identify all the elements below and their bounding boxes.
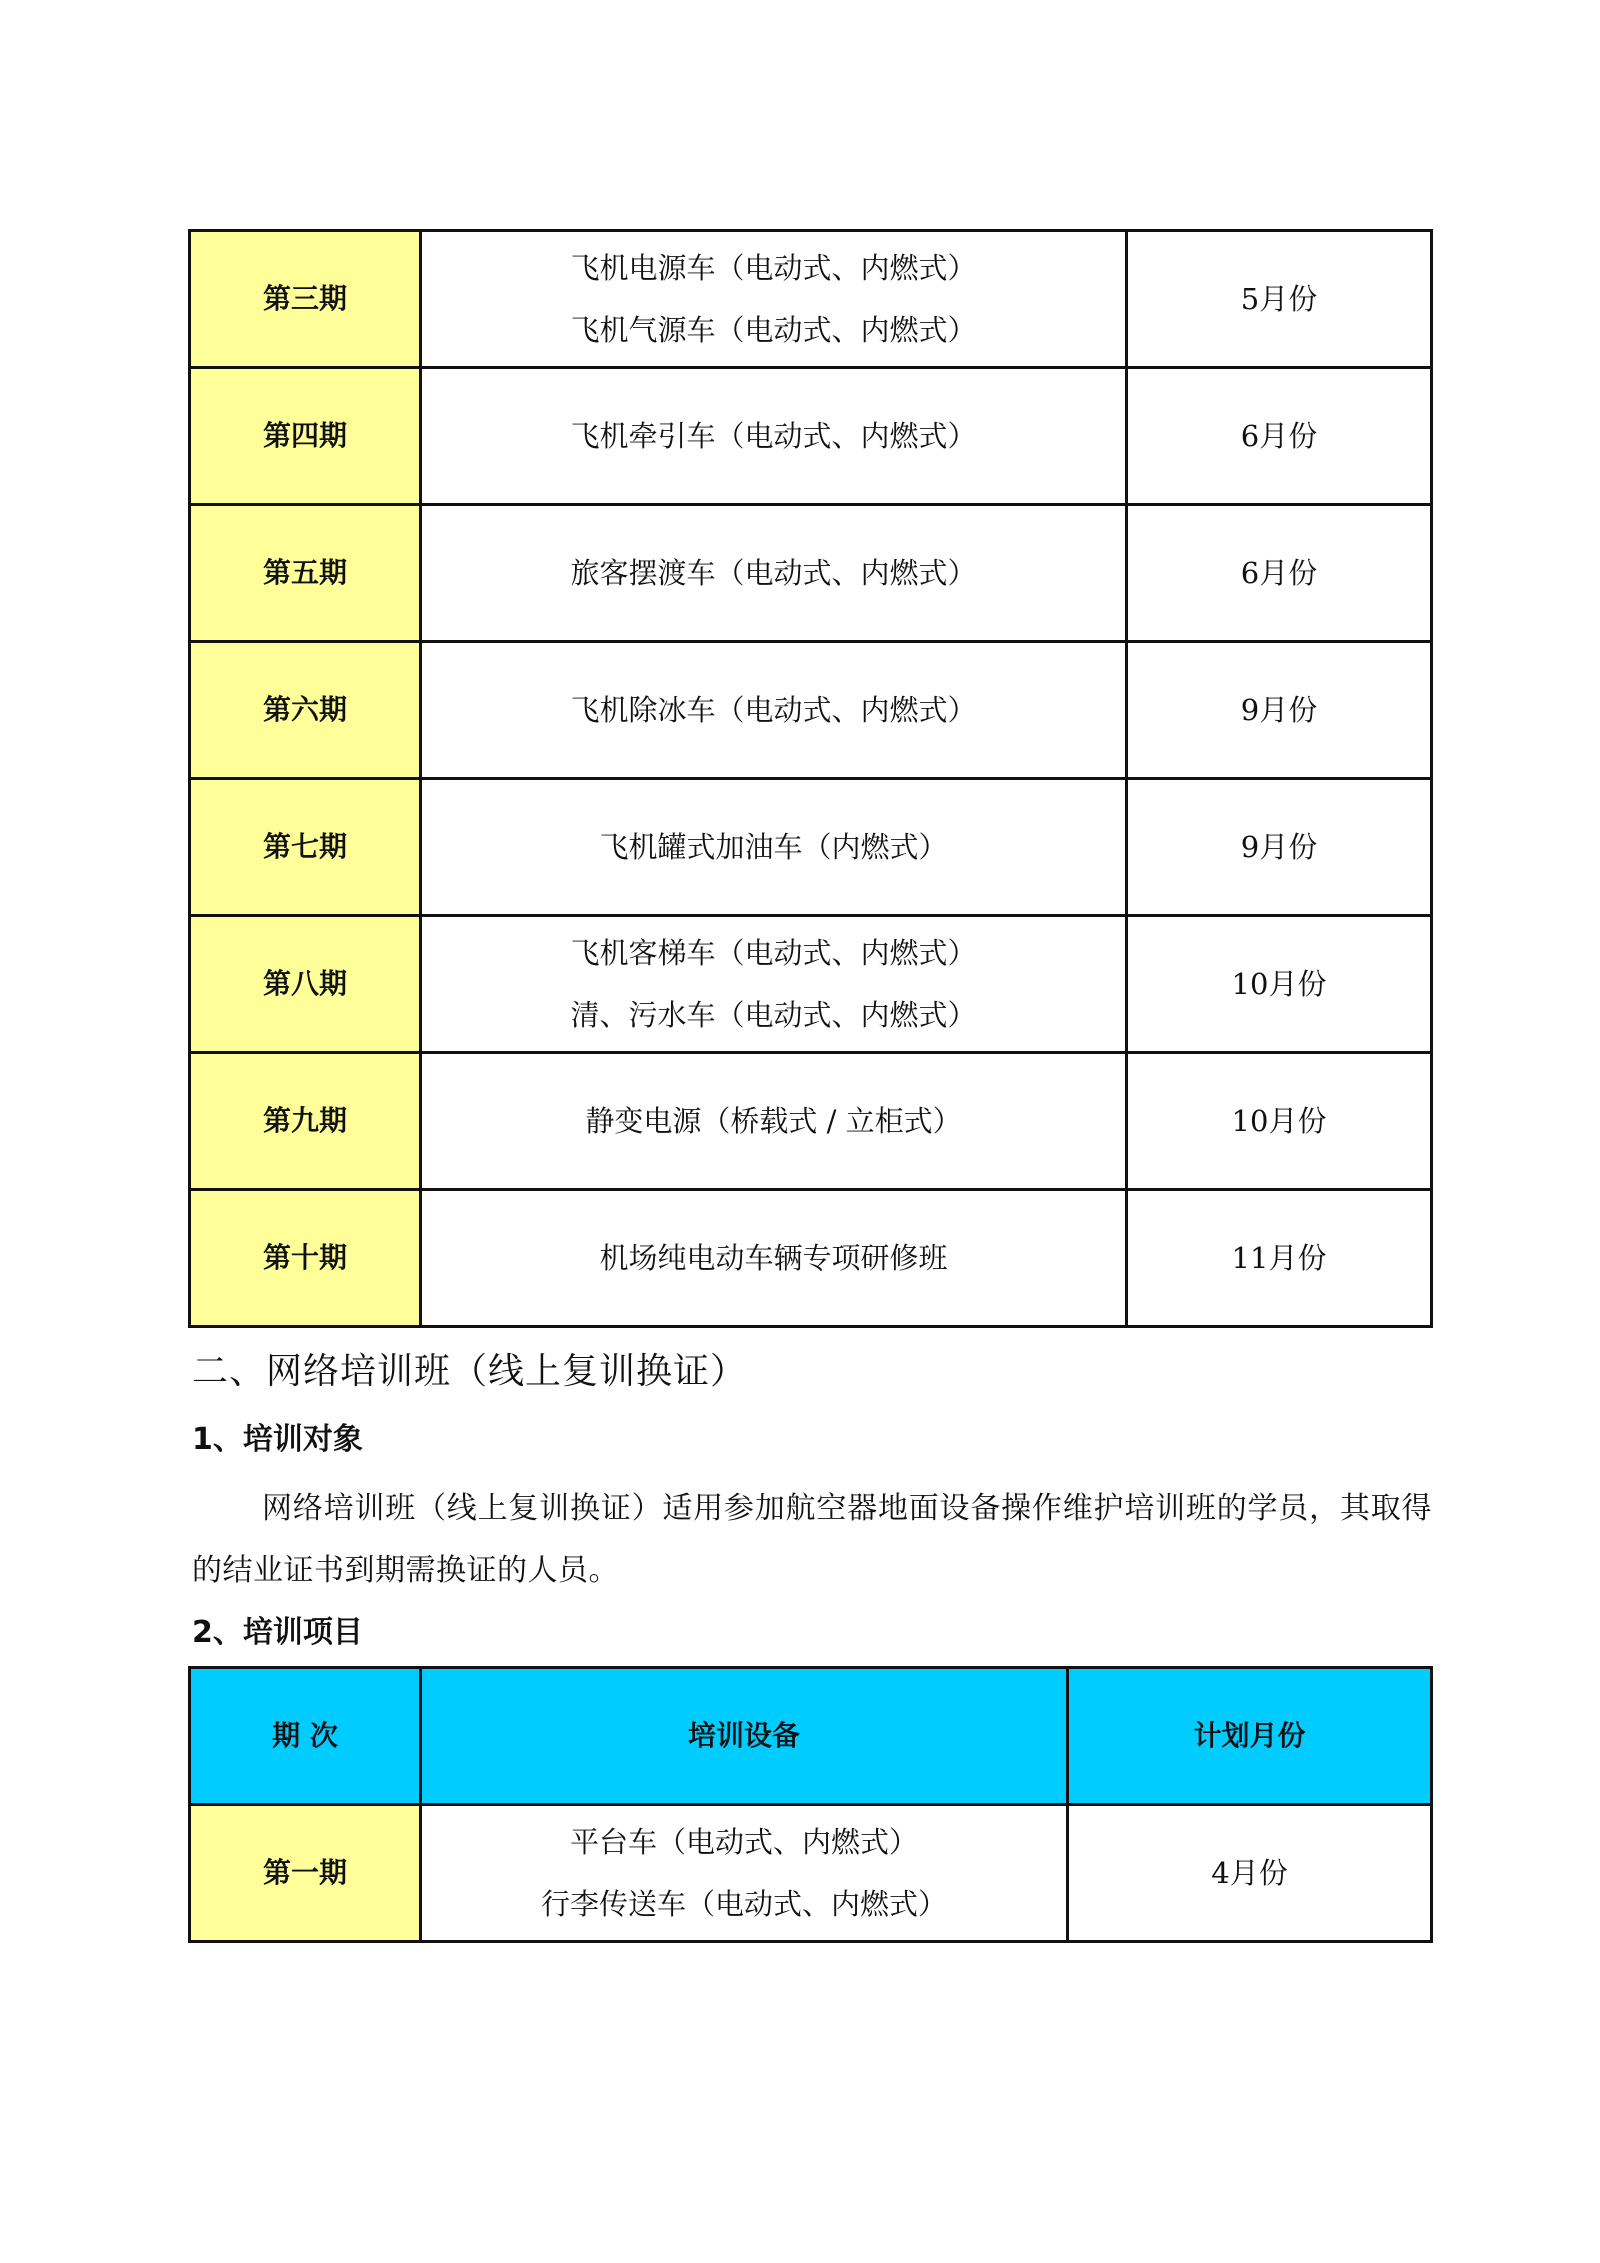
equipment-cell: 飞机牵引车（电动式、内燃式） (421, 368, 1127, 505)
table-row: 第九期 静变电源（桥载式 / 立柜式） 10月份 (190, 1053, 1432, 1190)
month-cell: 10月份 (1127, 1053, 1432, 1190)
period-cell: 第一期 (190, 1805, 421, 1942)
equipment-cell: 飞机罐式加油车（内燃式） (421, 779, 1127, 916)
month-cell: 6月份 (1127, 505, 1432, 642)
equipment-line: 平台车（电动式、内燃式） (422, 1811, 1066, 1873)
table-row: 第六期 飞机除冰车（电动式、内燃式） 9月份 (190, 642, 1432, 779)
equipment-line: 飞机牵引车（电动式、内燃式） (422, 405, 1125, 467)
period-cell: 第四期 (190, 368, 421, 505)
table-row: 第五期 旅客摆渡车（电动式、内燃式） 6月份 (190, 505, 1432, 642)
period-cell: 第十期 (190, 1190, 421, 1327)
header-month: 计划月份 (1068, 1668, 1432, 1805)
equipment-cell: 平台车（电动式、内燃式） 行李传送车（电动式、内燃式） (421, 1805, 1068, 1942)
equipment-line: 飞机电源车（电动式、内燃式） (422, 237, 1125, 299)
month-cell: 9月份 (1127, 779, 1432, 916)
table-row: 第四期 飞机牵引车（电动式、内燃式） 6月份 (190, 368, 1432, 505)
table-row: 第八期 飞机客梯车（电动式、内燃式） 清、污水车（电动式、内燃式） 10月份 (190, 916, 1432, 1053)
header-equipment: 培训设备 (421, 1668, 1068, 1805)
table-row: 第三期 飞机电源车（电动式、内燃式） 飞机气源车（电动式、内燃式） 5月份 (190, 231, 1432, 368)
period-cell: 第八期 (190, 916, 421, 1053)
equipment-cell: 机场纯电动车辆专项研修班 (421, 1190, 1127, 1327)
subheading-training-items: 2、培训项目 (192, 1613, 363, 1653)
month-cell: 10月份 (1127, 916, 1432, 1053)
month-cell: 6月份 (1127, 368, 1432, 505)
table-row: 第一期 平台车（电动式、内燃式） 行李传送车（电动式、内燃式） 4月份 (190, 1805, 1432, 1942)
equipment-cell: 飞机电源车（电动式、内燃式） 飞机气源车（电动式、内燃式） (421, 231, 1127, 368)
training-schedule-table-1: 第三期 飞机电源车（电动式、内燃式） 飞机气源车（电动式、内燃式） 5月份 第四… (188, 229, 1433, 1328)
month-cell: 9月份 (1127, 642, 1432, 779)
table-header-row: 期 次 培训设备 计划月份 (190, 1668, 1432, 1805)
equipment-cell: 飞机客梯车（电动式、内燃式） 清、污水车（电动式、内燃式） (421, 916, 1127, 1053)
month-cell: 4月份 (1068, 1805, 1432, 1942)
equipment-cell: 静变电源（桥载式 / 立柜式） (421, 1053, 1127, 1190)
equipment-line: 清、污水车（电动式、内燃式） (422, 984, 1125, 1046)
period-cell: 第三期 (190, 231, 421, 368)
training-schedule-table-2: 期 次 培训设备 计划月份 第一期 平台车（电动式、内燃式） 行李传送车（电动式… (188, 1666, 1433, 1943)
equipment-line: 飞机客梯车（电动式、内燃式） (422, 922, 1125, 984)
month-cell: 11月份 (1127, 1190, 1432, 1327)
equipment-line: 静变电源（桥载式 / 立柜式） (422, 1090, 1125, 1152)
header-period: 期 次 (190, 1668, 421, 1805)
table-row: 第七期 飞机罐式加油车（内燃式） 9月份 (190, 779, 1432, 916)
table-row: 第十期 机场纯电动车辆专项研修班 11月份 (190, 1190, 1432, 1327)
period-cell: 第六期 (190, 642, 421, 779)
period-cell: 第五期 (190, 505, 421, 642)
equipment-line: 机场纯电动车辆专项研修班 (422, 1227, 1125, 1289)
section-title: 二、网络培训班（线上复训换证） (192, 1348, 747, 1396)
period-cell: 第七期 (190, 779, 421, 916)
equipment-line: 飞机除冰车（电动式、内燃式） (422, 679, 1125, 741)
equipment-line: 飞机罐式加油车（内燃式） (422, 816, 1125, 878)
period-cell: 第九期 (190, 1053, 421, 1190)
equipment-line: 旅客摆渡车（电动式、内燃式） (422, 542, 1125, 604)
subheading-training-target: 1、培训对象 (192, 1420, 363, 1460)
training-target-paragraph: 网络培训班（线上复训换证）适用参加航空器地面设备操作维护培训班的学员，其取得的结… (192, 1478, 1432, 1602)
equipment-cell: 旅客摆渡车（电动式、内燃式） (421, 505, 1127, 642)
month-cell: 5月份 (1127, 231, 1432, 368)
equipment-line: 飞机气源车（电动式、内燃式） (422, 299, 1125, 361)
equipment-cell: 飞机除冰车（电动式、内燃式） (421, 642, 1127, 779)
equipment-line: 行李传送车（电动式、内燃式） (422, 1873, 1066, 1935)
